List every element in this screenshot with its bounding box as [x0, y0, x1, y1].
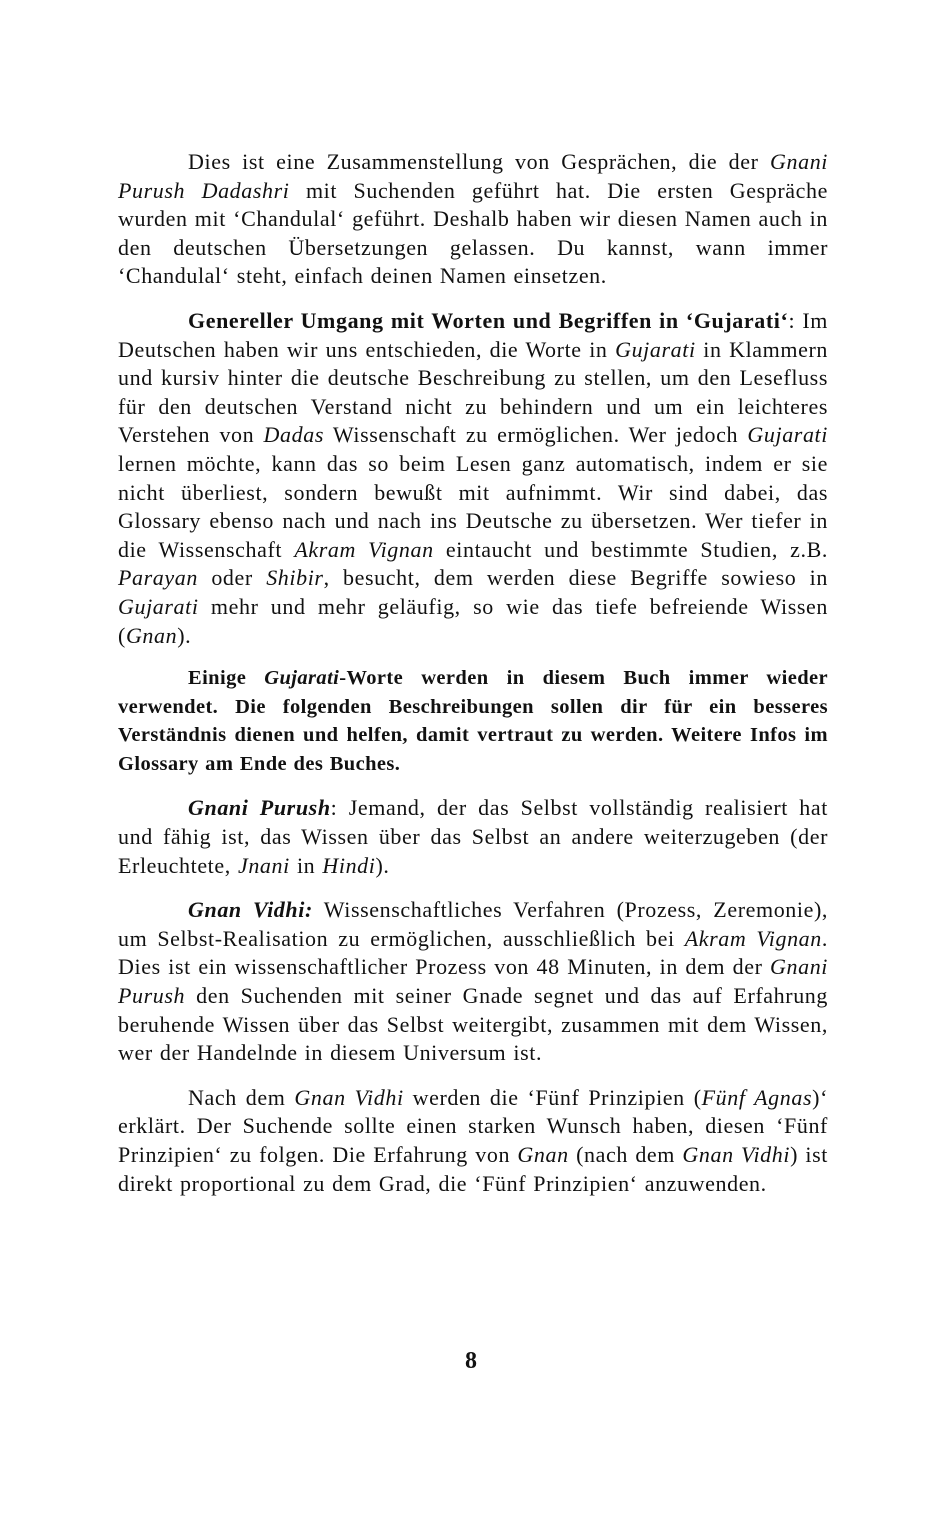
text-segment: Gujarati	[615, 337, 696, 362]
text-segment: ).	[177, 623, 191, 648]
text-segment: Gnan	[126, 623, 177, 648]
text-segment: Jnani	[238, 853, 290, 878]
text-segment: Genereller Umgang mit Worten und Begriff…	[188, 308, 788, 333]
text-segment: Gnan	[517, 1142, 568, 1167]
paragraph-five-principles: Nach dem Gnan Vidhi werden die ‘Fünf Pri…	[118, 1084, 828, 1198]
page-body: Dies ist eine Zusammenstellung von Gespr…	[118, 148, 828, 1198]
paragraph-gnan-vidhi: Gnan Vidhi: Wissenschaftliches Verfahren…	[118, 896, 828, 1068]
text-segment: werden die ‘Fünf Prinzipien (	[404, 1085, 702, 1110]
text-segment: Gnan Vidhi:	[188, 897, 313, 922]
text-segment: in	[290, 853, 323, 878]
text-segment: Dadas	[264, 422, 324, 447]
text-segment: Akram Vignan	[294, 537, 433, 562]
text-segment: , besucht, dem werden diese Begriffe sow…	[324, 565, 828, 590]
text-segment: (nach dem	[569, 1142, 683, 1167]
text-segment: Hindi	[322, 853, 375, 878]
text-segment: Gnan Vidhi	[294, 1085, 403, 1110]
text-segment: Gujarati	[118, 594, 199, 619]
text-segment: Fünf Agnas	[702, 1085, 813, 1110]
paragraph-intro: Dies ist eine Zusammenstellung von Gespr…	[118, 148, 828, 291]
page-number: 8	[0, 1348, 942, 1375]
text-segment: den Suchenden mit seiner Gnade segnet un…	[118, 983, 828, 1065]
text-segment: Gujarati	[747, 422, 828, 447]
text-segment: Gujarati	[264, 667, 339, 689]
text-segment: oder	[198, 565, 266, 590]
text-segment: ).	[376, 853, 390, 878]
text-segment: Nach dem	[188, 1085, 294, 1110]
text-segment: mehr und mehr geläufig, so wie das tiefe…	[118, 594, 828, 648]
text-segment: eintaucht und bestimmte Studien, z.B.	[434, 537, 828, 562]
text-segment: Shibir	[266, 565, 323, 590]
text-segment: Wissenschaft zu ermöglichen. Wer jedoch	[324, 422, 747, 447]
text-segment: Gnani Purush	[188, 795, 331, 820]
text-segment: Parayan	[118, 565, 198, 590]
paragraph-gujarati-words: Einige Gujarati-Worte werden in diesem B…	[118, 664, 828, 778]
paragraph-gnani-purush: Gnani Purush: Jemand, der das Selbst vol…	[118, 794, 828, 880]
text-segment: Akram Vignan	[685, 926, 822, 951]
paragraph-gujarati-usage: Genereller Umgang mit Worten und Begriff…	[118, 307, 828, 650]
text-segment: Dies ist eine Zusammenstellung von Gespr…	[188, 149, 770, 174]
text-segment: Einige	[188, 667, 264, 689]
text-segment: Gnan Vidhi	[682, 1142, 790, 1167]
